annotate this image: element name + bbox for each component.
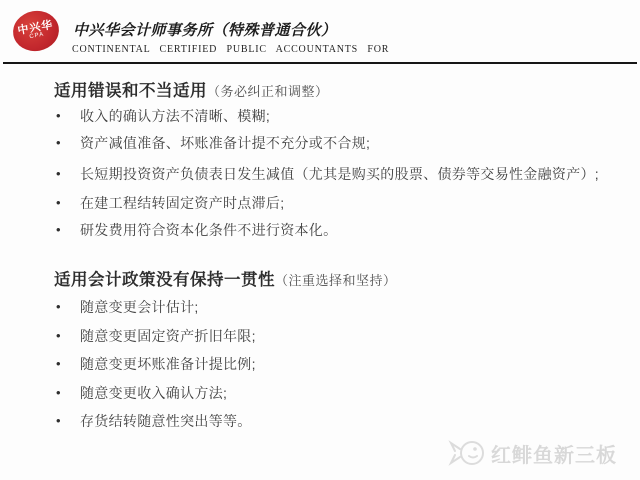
bullet-text: 资产减值准备、坏账准备计提不充分或不合规;	[80, 135, 370, 151]
section-heading-note: （务必纠正和调整）	[207, 84, 329, 99]
bullet-icon: •	[56, 135, 80, 151]
watermark: 红鲱鱼新三板	[448, 436, 617, 470]
slide-page: 中兴华 CPA 中兴华会计师事务所（特殊普通合伙） CONTINENTAL CE…	[0, 0, 640, 480]
bullet-text: 在建工程结转固定资产时点滞后;	[80, 195, 284, 211]
list-item: • 收入的确认方法不清晰、模糊;	[56, 108, 632, 124]
bullet-icon: •	[56, 166, 80, 182]
bullet-text: 存货结转随意性突出等等。	[80, 413, 252, 429]
bullet-text: 随意变更收入确认方法;	[80, 385, 227, 401]
watermark-label: 红鲱鱼新三板	[491, 439, 617, 468]
bullet-icon: •	[56, 195, 80, 211]
list-item: • 长短期投资资产负债表日发生减值（尤其是购买的股票、债券等交易性金融资产）;	[56, 166, 632, 182]
section-heading-text: 适用会计政策没有保持一贯性	[54, 271, 275, 289]
bullet-text: 随意变更坏账准备计提比例;	[80, 356, 256, 372]
section-heading-misapplication: 适用错误和不当适用（务必纠正和调整）	[54, 77, 329, 101]
bullet-text: 长短期投资资产负债表日发生减值（尤其是购买的股票、债券等交易性金融资产）;	[80, 166, 599, 182]
list-item: • 随意变更坏账准备计提比例;	[56, 356, 632, 372]
section-heading-inconsistent-policy: 适用会计政策没有保持一贯性（注重选择和坚持）	[54, 266, 397, 290]
bullet-text: 研发费用符合资本化条件不进行资本化。	[80, 222, 337, 238]
bullet-icon: •	[56, 356, 80, 372]
bullet-icon: •	[56, 385, 80, 401]
bullet-text: 随意变更会计估计;	[80, 299, 199, 315]
section-heading-note: （注重选择和坚持）	[275, 273, 397, 288]
header-divider-line	[3, 62, 637, 64]
bullet-icon: •	[56, 328, 80, 344]
cpa-firm-logo: 中兴华 CPA	[10, 7, 62, 54]
firm-name-chinese: 中兴华会计师事务所（特殊普通合伙）	[73, 19, 337, 40]
firm-name-english: CONTINENTAL CERTIFIED PUBLIC ACCOUNTANTS…	[72, 44, 389, 55]
bullet-text: 随意变更固定资产折旧年限;	[80, 328, 256, 344]
list-item: • 研发费用符合资本化条件不进行资本化。	[56, 222, 632, 238]
bullet-icon: •	[56, 222, 80, 238]
list-item: • 存货结转随意性突出等等。	[56, 413, 632, 429]
list-item: • 随意变更固定资产折旧年限;	[56, 328, 632, 344]
list-item: • 在建工程结转固定资产时点滞后;	[56, 195, 632, 211]
list-item: • 随意变更会计估计;	[56, 299, 632, 315]
bullet-text: 收入的确认方法不清晰、模糊;	[80, 108, 270, 124]
logo-cpa-text: CPA	[29, 32, 45, 41]
list-item: • 资产减值准备、坏账准备计提不充分或不合规;	[56, 135, 632, 151]
bullet-icon: •	[56, 299, 80, 315]
section-heading-text: 适用错误和不当适用	[54, 82, 207, 100]
list-item: • 随意变更收入确认方法;	[56, 385, 632, 401]
red-herring-fish-icon	[448, 436, 486, 470]
bullet-icon: •	[56, 413, 80, 429]
bullet-icon: •	[56, 108, 80, 124]
